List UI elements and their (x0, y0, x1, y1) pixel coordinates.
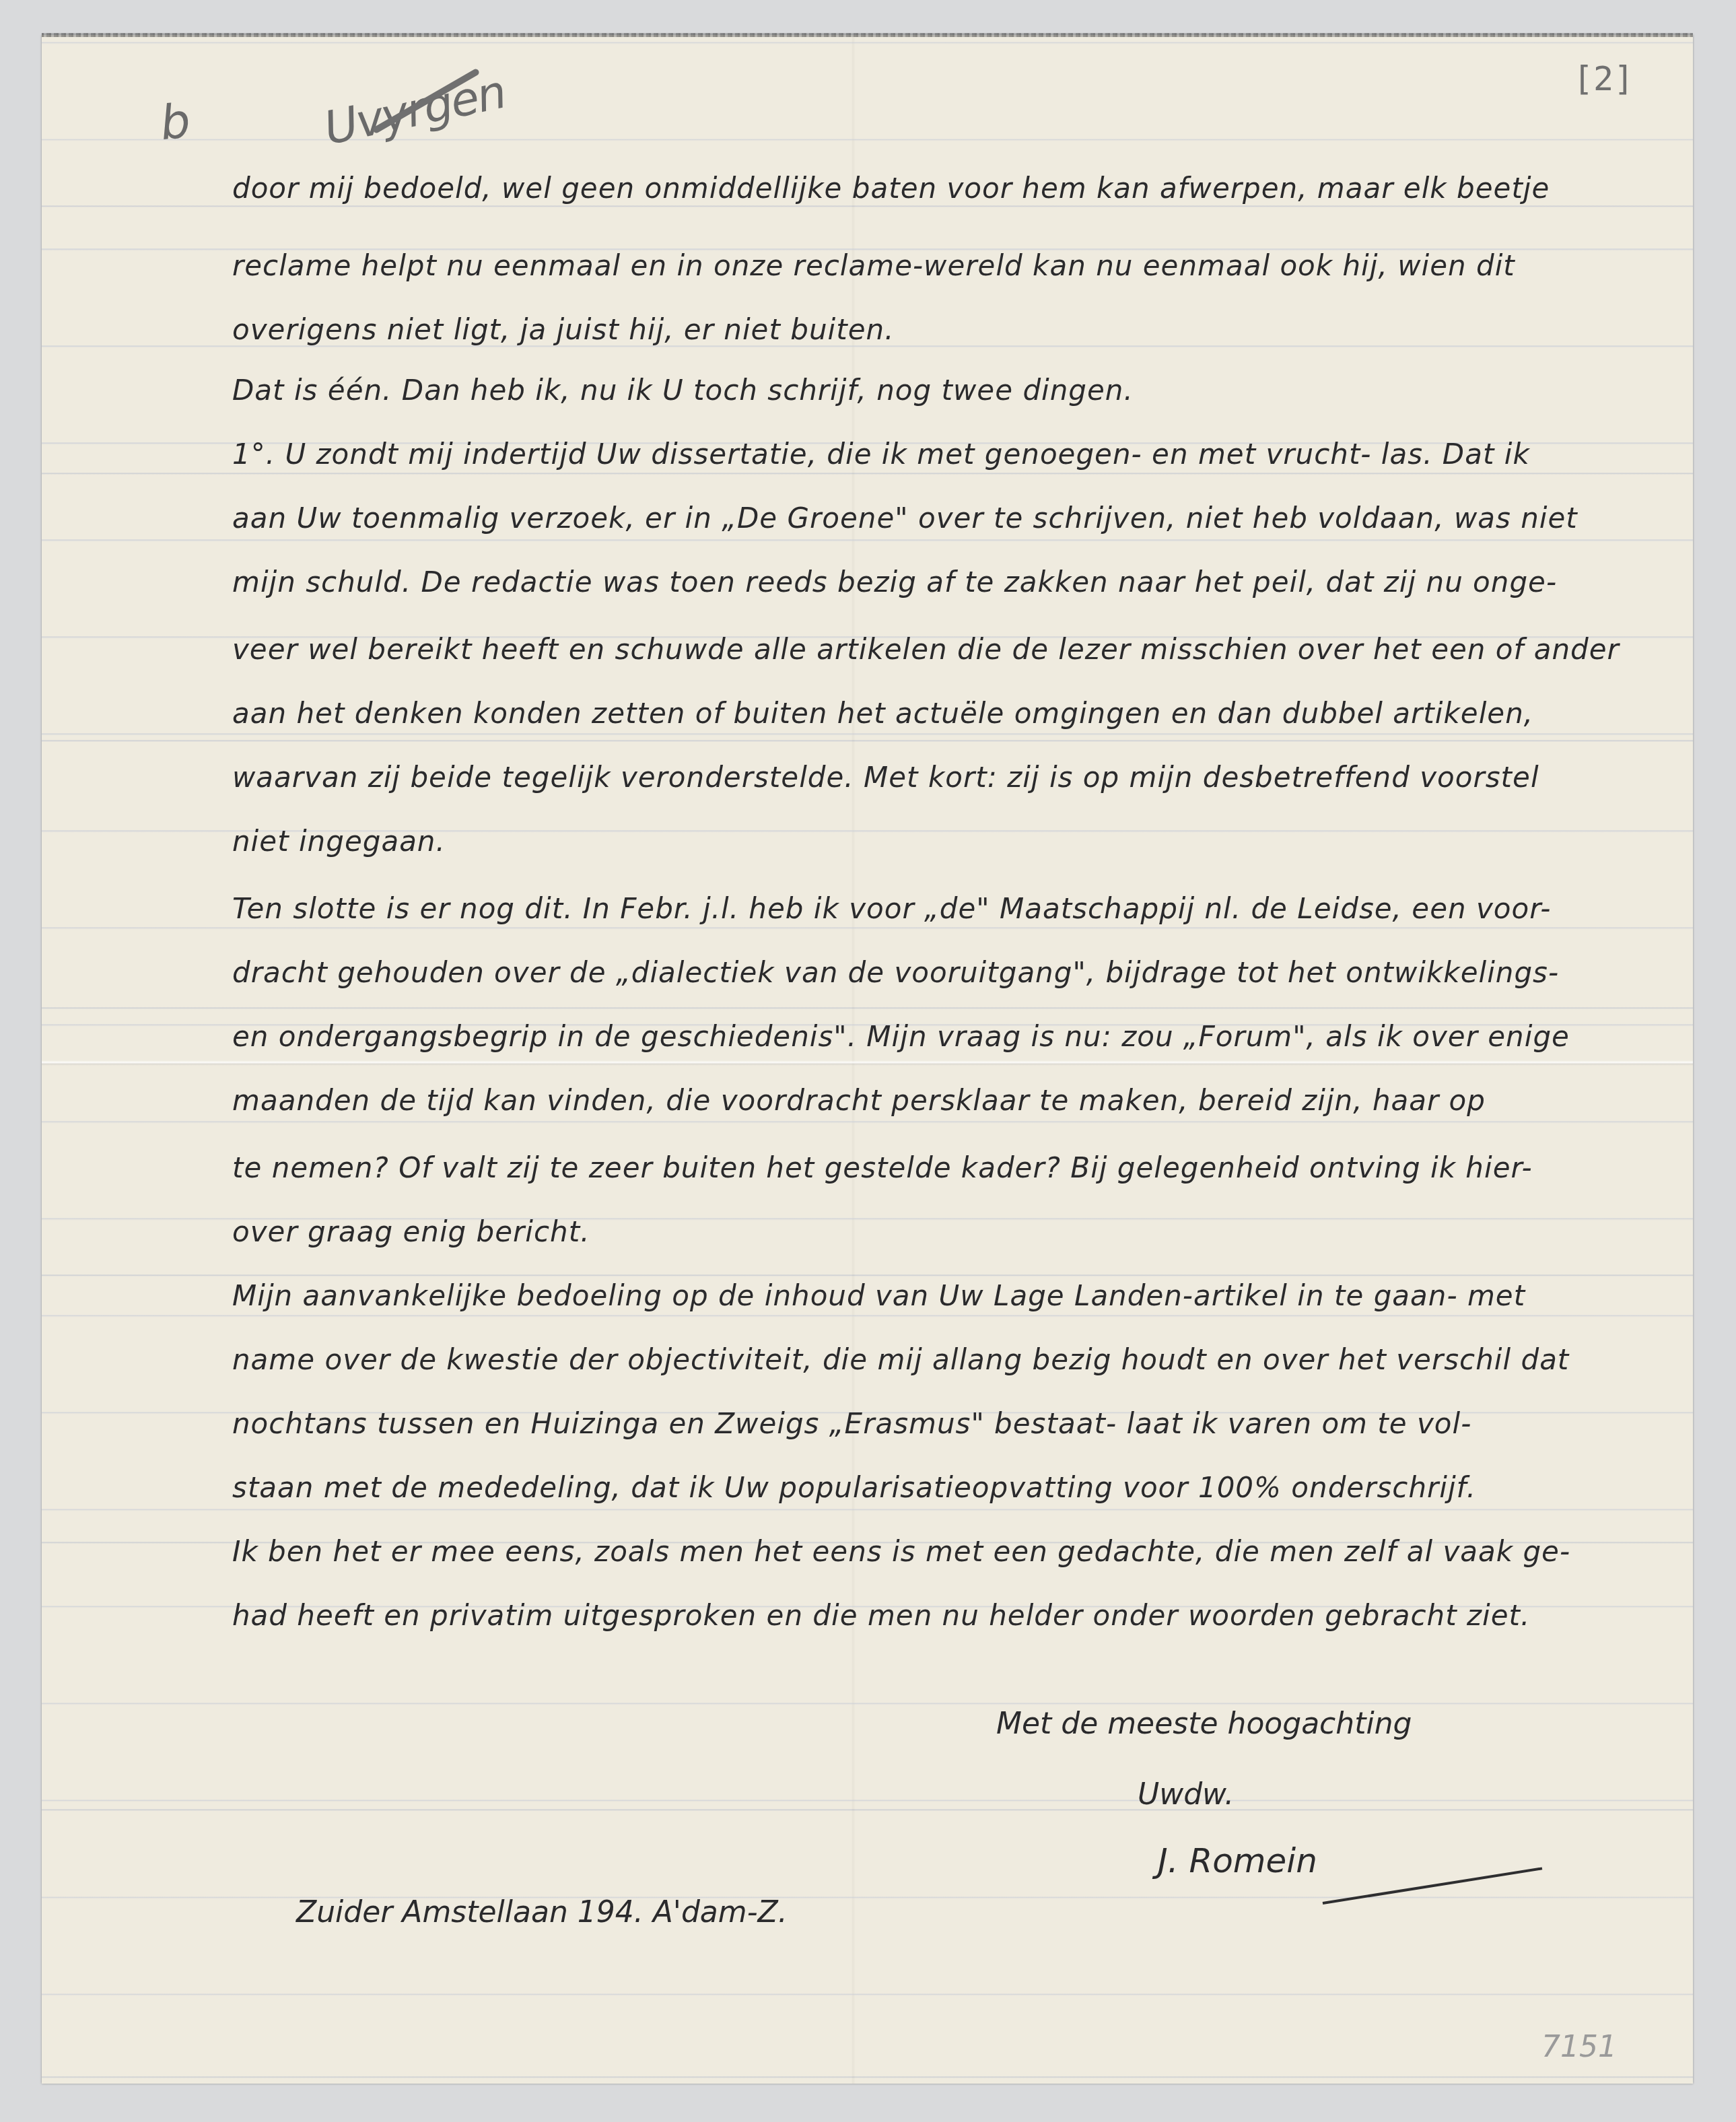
sender-address: Zuider Amstellaan 194. A'dam-Z. (296, 1895, 788, 1929)
closing-salutation: Met de meeste hoogachting (996, 1707, 1412, 1741)
page-marker: [2] (1573, 59, 1634, 98)
torn-top-edge (42, 33, 1693, 37)
archive-number: 7151 (1541, 2030, 1617, 2064)
pencil-margin-letter: b (158, 93, 193, 151)
body-line: had heeft en privatim uitgesproken en di… (232, 1599, 1530, 1693)
closing-valediction: Uwdw. (1138, 1777, 1234, 1812)
signature: J. Romein (1158, 1841, 1317, 1880)
